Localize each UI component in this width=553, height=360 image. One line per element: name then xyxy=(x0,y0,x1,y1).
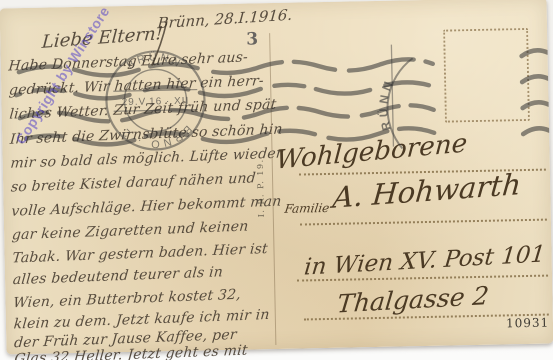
address-honorific: Wohlgeborene xyxy=(275,129,468,176)
message-line: mir so bald als möglich. Lüfte wieder xyxy=(10,145,284,171)
message-line: volle Aufschläge. Hier bekommt man xyxy=(11,194,282,220)
cancellation-vertical-stroke xyxy=(391,45,393,147)
address-family-prefix: Familie xyxy=(284,201,331,216)
handwritten-dateline: Brünn, 28.I.1916. xyxy=(157,6,293,33)
message-address-divider xyxy=(269,33,276,345)
postcard-back: Brünn, 28.I.1916. Liebe Eltern! 3 Habe D… xyxy=(0,0,553,354)
card-serial-number: 10931 xyxy=(506,316,549,331)
stamp-placement-box xyxy=(443,28,530,123)
postmark-partial-arc-text: RÜNN xyxy=(375,76,398,133)
message-line: so breite Kistel darauf nähen und xyxy=(10,170,256,195)
address-rule-2 xyxy=(300,219,547,226)
postcard-scan: { "watermark": { "text": "Copyright by W… xyxy=(0,0,553,360)
text-layer: Brünn, 28.I.1916. Liebe Eltern! 3 Habe D… xyxy=(0,0,546,9)
copyright-watermark: Copyright by Winstore xyxy=(12,3,113,147)
message-line: Wien, ein Butterbrot kostet 32, xyxy=(13,287,242,312)
message-line: Ihr seht die Zwirnsblüte so schön hin xyxy=(9,121,283,147)
message-line: gar keine Zigaretten und keinen xyxy=(11,218,249,243)
message-line: alles bedeutend teurer als in xyxy=(12,264,224,288)
publisher-imprint: I. R. P. 19. xyxy=(256,158,266,217)
pencil-number-mark: 3 xyxy=(246,29,258,49)
message-line: Habe Donnerstag Eure sehr aus- xyxy=(8,49,249,74)
address-street-line: Thalgasse 2 xyxy=(336,281,491,318)
message-line: Tabak. War gestern baden. Hier ist xyxy=(12,241,269,267)
svg-text:RÜNN: RÜNN xyxy=(375,76,398,133)
